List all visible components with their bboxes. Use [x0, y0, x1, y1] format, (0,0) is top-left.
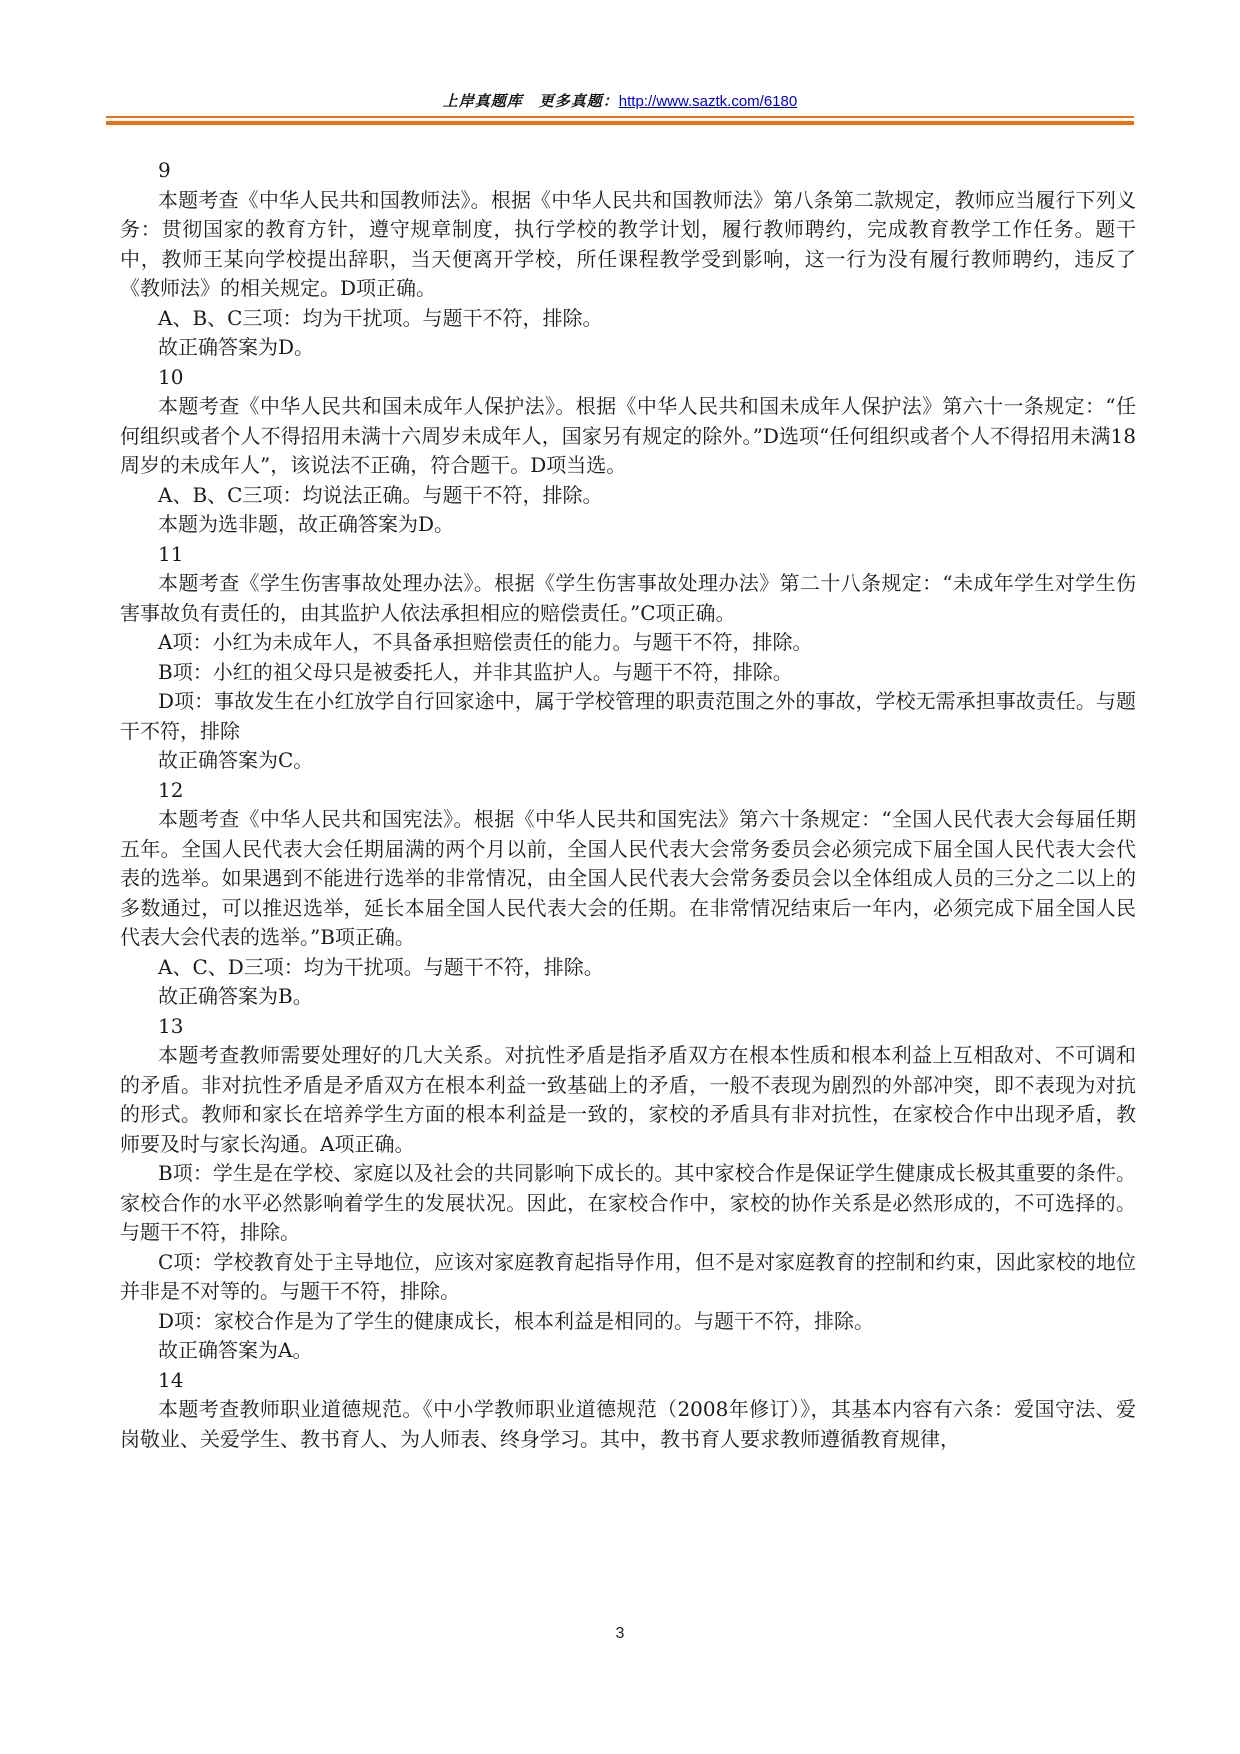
page-number: 3	[0, 1625, 1240, 1643]
site-link[interactable]: http://www.saztk.com/6180	[619, 93, 797, 110]
answer-line: 故正确答案为B。	[120, 982, 1136, 1012]
explanation-paragraph: A、B、C三项：均说法正确。与题干不符，排除。	[120, 481, 1136, 511]
explanation-paragraph: C项：学校教育处于主导地位，应该对家庭教育起指导作用，但不是对家庭教育的控制和约…	[120, 1248, 1136, 1307]
question-number: 9	[120, 156, 1136, 186]
explanation-paragraph: A、C、D三项：均为干扰项。与题干不符，排除。	[120, 953, 1136, 983]
explanation-paragraph: 本题考查《学生伤害事故处理办法》。根据《学生伤害事故处理办法》第二十八条规定：“…	[120, 569, 1136, 628]
document-body: 9 本题考查《中华人民共和国教师法》。根据《中华人民共和国教师法》第八条第二款规…	[120, 156, 1136, 1454]
answer-line: 本题为选非题，故正确答案为D。	[120, 510, 1136, 540]
answer-section-10: 10 本题考查《中华人民共和国未成年人保护法》。根据《中华人民共和国未成年人保护…	[120, 363, 1136, 540]
explanation-paragraph: 本题考查教师需要处理好的几大关系。对抗性矛盾是指矛盾双方在根本性质和根本利益上互…	[120, 1041, 1136, 1159]
explanation-paragraph: A项：小红为未成年人，不具备承担赔偿责任的能力。与题干不符，排除。	[120, 628, 1136, 658]
explanation-paragraph: B项：学生是在学校、家庭以及社会的共同影响下成长的。其中家校合作是保证学生健康成…	[120, 1159, 1136, 1248]
explanation-paragraph: 本题考查《中华人民共和国未成年人保护法》。根据《中华人民共和国未成年人保护法》第…	[120, 392, 1136, 481]
answer-section-14: 14 本题考查教师职业道德规范。《中小学教师职业道德规范（2008年修订）》，其…	[120, 1366, 1136, 1455]
answer-line: 故正确答案为D。	[120, 333, 1136, 363]
explanation-paragraph: A、B、C三项：均为干扰项。与题干不符，排除。	[120, 304, 1136, 334]
explanation-paragraph: D项：事故发生在小红放学自行回家途中，属于学校管理的职责范围之外的事故，学校无需…	[120, 687, 1136, 746]
explanation-paragraph: 本题考查《中华人民共和国教师法》。根据《中华人民共和国教师法》第八条第二款规定，…	[120, 186, 1136, 304]
answer-line: 故正确答案为A。	[120, 1336, 1136, 1366]
question-number: 11	[120, 540, 1136, 570]
explanation-paragraph: 本题考查教师职业道德规范。《中小学教师职业道德规范（2008年修订）》，其基本内…	[120, 1395, 1136, 1454]
explanation-paragraph: 本题考查《中华人民共和国宪法》。根据《中华人民共和国宪法》第六十条规定：“全国人…	[120, 805, 1136, 953]
header-divider-thin	[106, 116, 1134, 118]
answer-line: 故正确答案为C。	[120, 746, 1136, 776]
answer-section-9: 9 本题考查《中华人民共和国教师法》。根据《中华人民共和国教师法》第八条第二款规…	[120, 156, 1136, 363]
question-number: 12	[120, 776, 1136, 806]
site-label: 上岸真题库 更多真题：	[443, 92, 619, 110]
explanation-paragraph: B项：小红的祖父母只是被委托人，并非其监护人。与题干不符，排除。	[120, 658, 1136, 688]
question-number: 14	[120, 1366, 1136, 1396]
answer-section-12: 12 本题考查《中华人民共和国宪法》。根据《中华人民共和国宪法》第六十条规定：“…	[120, 776, 1136, 1012]
explanation-paragraph: D项：家校合作是为了学生的健康成长，根本利益是相同的。与题干不符，排除。	[120, 1307, 1136, 1337]
question-number: 10	[120, 363, 1136, 393]
answer-section-11: 11 本题考查《学生伤害事故处理办法》。根据《学生伤害事故处理办法》第二十八条规…	[120, 540, 1136, 776]
header-divider-thick	[106, 121, 1134, 125]
answer-section-13: 13 本题考查教师需要处理好的几大关系。对抗性矛盾是指矛盾双方在根本性质和根本利…	[120, 1012, 1136, 1366]
page-header: 上岸真题库 更多真题：http://www.saztk.com/6180	[0, 90, 1240, 111]
question-number: 13	[120, 1012, 1136, 1042]
